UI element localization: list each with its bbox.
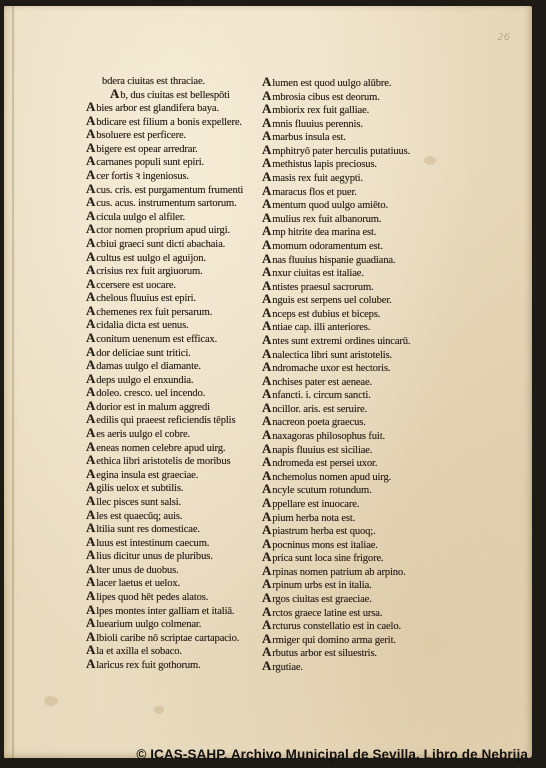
dictionary-entry: Analectica libri sunt aristotelis. [262, 348, 452, 362]
dictionary-entry: Argos ciuitas est graeciae. [262, 592, 452, 606]
initial-letter: A [110, 86, 119, 101]
entry-text: nguis est serpens uel coluber. [272, 295, 391, 306]
initial-letter: A [262, 169, 271, 184]
entry-text: nacreon poeta graecus. [272, 417, 365, 428]
dictionary-entry: Amulius rex fuit albanorum. [262, 212, 452, 226]
dictionary-entry: Adamas uulgo el diamante. [86, 359, 266, 373]
dictionary-entry: Arctos graece latine est ursa. [262, 606, 452, 620]
entry-text: damas uulgo el diamante. [96, 361, 201, 372]
entry-text: egina insula est graeciae. [96, 470, 198, 481]
dictionary-entry: Acidalia dicta est uenus. [86, 318, 266, 332]
dictionary-entry: Appellare est inuocare. [262, 497, 452, 511]
initial-letter: A [86, 615, 95, 630]
dictionary-entry: Ala et axilla el sobaco. [86, 644, 266, 658]
dictionary-entry: Achemenes rex fuit persarum. [86, 305, 266, 319]
entry-text: rctos graece latine est ursa. [272, 608, 382, 619]
entry-text: rmiger qui domino arma gerit. [272, 635, 396, 646]
entry-text: cer fortis ꝛ ingeniosus. [96, 171, 189, 182]
dictionary-entry: Amphitryō pater herculis putatiuus. [262, 144, 452, 158]
dictionary-entry: Amomum odoramentum est. [262, 239, 452, 253]
entry-text: ntistes praesul sacrorum. [272, 282, 373, 293]
entry-text: doleo. cresco. uel incendo. [96, 388, 205, 399]
dictionary-entry: Apiastrum herba est quoq;. [262, 524, 452, 538]
dictionary-entry: Amentum quod uulgo amiēto. [262, 198, 452, 212]
entry-text: luearium uulgo colmenar. [96, 619, 201, 630]
initial-letter: A [86, 235, 95, 250]
entry-text: rbutus arbor est siluestris. [272, 648, 377, 659]
entry-text: momum odoramentum est. [272, 241, 383, 252]
entry-text: mulius rex fuit albanorum. [272, 214, 381, 225]
entry-text: ncyle scutum rotundum. [272, 485, 371, 496]
dictionary-entry: Altilia sunt res domesticae. [86, 522, 266, 536]
entry-text: es aeris uulgo el cobre. [96, 429, 190, 440]
entry-text: pocninus mons est italiae. [272, 540, 378, 551]
entry-text: ntes sunt extremi ordines uincarū. [272, 336, 410, 347]
entry-text: les est quaecūq; auis. [96, 511, 182, 522]
dictionary-entry: Amp hitrite dea marina est. [262, 225, 452, 239]
dictionary-entry: Adorior est in malum aggredi [86, 400, 266, 414]
dictionary-entry: Adoleo. cresco. uel incendo. [86, 386, 266, 400]
entry-text: mp hitrite dea marina est. [272, 227, 376, 238]
dictionary-entry: Acicula uulgo el alfiler. [86, 210, 266, 224]
dictionary-entry: Acus. cris. est purgamentum frumenti [86, 183, 266, 197]
entry-text: nas fluuius hispanie guadiana. [272, 255, 395, 266]
foxing-stain [154, 706, 164, 714]
entry-text: carnanes populi sunt epiri. [96, 157, 204, 168]
entry-text: ndromache uxor est hectoris. [272, 363, 390, 374]
dictionary-entry: Acer fortis ꝛ ingeniosus. [86, 169, 266, 183]
dictionary-entry: Ancyle scutum rotundum. [262, 483, 452, 497]
dictionary-entry: Anfancti. i. circum sancti. [262, 388, 452, 402]
dictionary-entry: Armiger qui domino arma gerit. [262, 633, 452, 647]
dictionary-entry: Anchemolus nomen apud uirg. [262, 470, 452, 484]
dictionary-entry: Aprica sunt loca sine frigore. [262, 551, 452, 565]
entry-text: mnis fluuius perennis. [272, 119, 363, 130]
entry-text: luus est intestinum caecum. [96, 538, 209, 549]
dictionary-entry: Alacer laetus et uelox. [86, 576, 266, 590]
dictionary-entry: Amethistus lapis preciosus. [262, 157, 452, 171]
dictionary-entry: Aconitum uenenum est efficax. [86, 332, 266, 346]
dictionary-entry: Alipes quod hēt pedes alatos. [86, 590, 266, 604]
entry-text: nceps est dubius et biceps. [272, 309, 380, 320]
entry-text: gilis uelox et subtilis. [96, 483, 183, 494]
entry-text: napis fluuius est siciliae. [272, 445, 372, 456]
dictionary-entry: Aes aeris uulgo el cobre. [86, 427, 266, 441]
entry-text: llec pisces sunt salsi. [96, 497, 181, 508]
dictionary-entry: Antes sunt extremi ordines uincarū. [262, 334, 452, 348]
dictionary-entry: Albioli caribe nō scriptae cartapacio. [86, 631, 266, 645]
initial-letter: A [86, 493, 95, 508]
entry-text: ndromeda est persei uxor. [272, 458, 377, 469]
initial-letter: A [86, 289, 95, 304]
dictionary-entry: Amarbus insula est. [262, 130, 452, 144]
initial-letter: A [86, 357, 95, 372]
entry-text: piastrum herba est quoq;. [272, 526, 375, 537]
dictionary-entry: Anguis est serpens uel coluber. [262, 293, 452, 307]
entry-text: marbus insula est. [272, 132, 346, 143]
entry-text: mphitryō pater herculis putatiuus. [272, 146, 410, 157]
dictionary-entry: Anacreon poeta graecus. [262, 415, 452, 429]
dictionary-entry: Andromache uxor est hectoris. [262, 361, 452, 375]
dictionary-entry: Ancillor. aris. est seruire. [262, 402, 452, 416]
dictionary-entry: Aedilis qui praeest reficiendis tēplis [86, 413, 266, 427]
initial-letter: A [262, 237, 271, 252]
dictionary-entry: Anaxagoras philosophus fuit. [262, 429, 452, 443]
manuscript-page: 26 bdera ciuitas est thraciae.Ab, dus ci… [4, 6, 532, 758]
entry-text: nchises pater est aeneae. [272, 377, 372, 388]
dictionary-entry: Andromeda est persei uxor. [262, 456, 452, 470]
initial-letter: A [262, 495, 271, 510]
entry-text: laricus rex fuit gothorum. [96, 660, 200, 671]
entry-text: cus. acus. instrumentum sartorum. [96, 198, 236, 209]
dictionary-entry: Arpinas nomen patrium ab arpino. [262, 565, 452, 579]
dictionary-entry: Anchises pater est aeneae. [262, 375, 452, 389]
entry-text: ctor nomen proprium apud uirgi. [96, 225, 230, 236]
entry-text: masis rex fuit aegypti. [272, 173, 363, 184]
entry-text: lpes montes inter galliam et italiā. [96, 606, 234, 617]
entry-text: naxagoras philosophus fuit. [272, 431, 385, 442]
entry-text: lbioli caribe nō scriptae cartapacio. [96, 633, 239, 644]
folio-number: 26 [497, 32, 510, 43]
dictionary-entry: Acrisius rex fuit argiuorum. [86, 264, 266, 278]
dictionary-entry: Anapis fluuius est siciliae. [262, 443, 452, 457]
initial-letter: A [86, 425, 95, 440]
entry-text: bdicare est filium a bonis expellere. [96, 117, 242, 128]
initial-letter: A [262, 617, 271, 632]
entry-text: methistus lapis preciosus. [272, 159, 377, 170]
initial-letter: A [86, 452, 95, 467]
initial-letter: A [262, 264, 271, 279]
right-column-entries: Alumen est quod uulgo alūbre.Ambrosia ci… [262, 76, 452, 673]
initial-letter: A [262, 332, 271, 347]
dictionary-entry: Aeneas nomen celebre apud uirg. [86, 441, 266, 455]
dictionary-entry: Argutiae. [262, 660, 452, 674]
dictionary-entry: Ales est quaecūq; auis. [86, 509, 266, 523]
initial-letter: A [262, 359, 271, 374]
entry-text: nalectica libri sunt aristotelis. [272, 350, 392, 361]
initial-letter: A [262, 74, 271, 89]
dictionary-entry: Alpes montes inter galliam et italiā. [86, 604, 266, 618]
initial-letter: A [262, 101, 271, 116]
entry-text: eneas nomen celebre apud uirg. [96, 443, 225, 454]
entry-text: rpinum urbs est in italia. [272, 580, 371, 591]
dictionary-entry: Aethica libri aristotelis de moribus [86, 454, 266, 468]
entry-text: conitum uenenum est efficax. [96, 334, 217, 345]
dictionary-entry: Abigere est opear arredrar. [86, 142, 266, 156]
entry-text: mbiorix rex fuit galliae. [272, 105, 369, 116]
dictionary-entry: Allec pisces sunt salsi. [86, 495, 266, 509]
entry-text: ppellare est inuocare. [272, 499, 359, 510]
dictionary-entry: Absoluere est perficere. [86, 128, 266, 142]
entry-text: mbrosia cibus est deorum. [272, 92, 379, 103]
entry-text: chemenes rex fuit persarum. [96, 307, 212, 318]
entry-text: lumen est quod uulgo alūbre. [272, 78, 391, 89]
dictionary-entry: Arpinum urbs est in italia. [262, 578, 452, 592]
dictionary-entry: Ambiorix rex fuit galliae. [262, 103, 452, 117]
entry-text: lius dicitur unus de pluribus. [96, 551, 212, 562]
dictionary-entry: Acbiui graeci sunt dicti abachaia. [86, 237, 266, 251]
entry-text: rcturus constellatio est in caelo. [272, 621, 401, 632]
entry-text: bsoluere est perficere. [96, 130, 186, 141]
dictionary-entry: Anxur ciuitas est italiae. [262, 266, 452, 280]
entry-text: cicula uulgo el alfiler. [96, 212, 185, 223]
dictionary-entry: Abies arbor est glandifera baya. [86, 101, 266, 115]
entry-text: deps uulgo el enxundia. [96, 375, 193, 386]
dictionary-entry: Acarnanes populi sunt epiri. [86, 155, 266, 169]
dictionary-entry: Ador deliciae sunt tritici. [86, 346, 266, 360]
initial-letter: A [262, 590, 271, 605]
entry-text: nchemolus nomen apud uirg. [272, 472, 391, 483]
entry-text: ethica libri aristotelis de moribus [96, 456, 230, 467]
dictionary-entry: Alumen est quod uulgo alūbre. [262, 76, 452, 90]
initial-letter: A [262, 291, 271, 306]
entry-text: crisius rex fuit argiuorum. [96, 266, 202, 277]
left-column-entries: bdera ciuitas est thraciae.Ab, dus ciuit… [86, 76, 266, 671]
dictionary-entry: Aluus est intestinum caecum. [86, 536, 266, 550]
entry-text: lipes quod hēt pedes alatos. [96, 592, 208, 603]
dictionary-entry: Arbutus arbor est siluestris. [262, 646, 452, 660]
initial-letter: A [86, 520, 95, 535]
entry-text: prica sunt loca sine frigore. [272, 553, 383, 564]
entry-text: edilis qui praeest reficiendis tēplis [96, 415, 235, 426]
dictionary-entry: Apium herba nota est. [262, 511, 452, 525]
entry-text: nfancti. i. circum sancti. [272, 390, 370, 401]
entry-text: ltilia sunt res domesticae. [96, 524, 200, 535]
dictionary-entry: Amasis rex fuit aegypti. [262, 171, 452, 185]
initial-letter: A [86, 262, 95, 277]
entry-text: cbiui graeci sunt dicti abachaia. [96, 239, 225, 250]
dictionary-entry: Alius dicitur unus de pluribus. [86, 549, 266, 563]
dictionary-entry: Acultus est uulgo el aguijon. [86, 251, 266, 265]
dictionary-entry: Antiae cap. illi anteriores. [262, 320, 452, 334]
entry-text: dorior est in malum aggredi [96, 402, 210, 413]
dictionary-entry: Alaricus rex fuit gothorum. [86, 658, 266, 672]
dictionary-entry: Actor nomen proprium apud uirgi. [86, 223, 266, 237]
dictionary-entry: Acus. acus. instrumentum sartorum. [86, 196, 266, 210]
copyright-credit: © ICAS-SAHP, Archivo Municipal de Sevill… [136, 747, 528, 762]
dictionary-entry: Anas fluuius hispanie guadiana. [262, 253, 452, 267]
entry-text: bies arbor est glandifera baya. [96, 103, 219, 114]
entry-text: lter unus de duobus. [96, 565, 178, 576]
initial-letter: A [262, 522, 271, 537]
dictionary-entry: Achelous fluuius est epiri. [86, 291, 266, 305]
dictionary-entry: Aluearium uulgo colmenar. [86, 617, 266, 631]
dictionary-entry: Anceps est dubius et biceps. [262, 307, 452, 321]
entry-text: b, dus ciuitas est bellespōti [120, 90, 230, 101]
initial-letter: A [86, 547, 95, 562]
initial-letter: A [86, 99, 95, 114]
entry-text: ncillor. aris. est seruire. [272, 404, 367, 415]
dictionary-entry: Ambrosia cibus est deorum. [262, 90, 452, 104]
dictionary-entry: Adeps uulgo el enxundia. [86, 373, 266, 387]
entry-text: la et axilla el sobaco. [96, 646, 182, 657]
entry-text: nxur ciuitas est italiae. [272, 268, 364, 279]
entry-text: rgos ciuitas est graeciae. [272, 594, 371, 605]
dictionary-entry: Arcturus constellatio est in caelo. [262, 619, 452, 633]
initial-letter: A [262, 658, 271, 673]
entry-text: maracus flos et puer. [272, 187, 357, 198]
entry-text: ccersere est uocare. [96, 280, 176, 291]
entry-text: rgutiae. [272, 662, 303, 673]
entry-text: chelous fluuius est epiri. [96, 293, 196, 304]
initial-letter: A [86, 194, 95, 209]
entry-text: rpinas nomen patrium ab arpino. [272, 567, 405, 578]
initial-letter: A [86, 656, 95, 671]
dictionary-entry: Antistes praesul sacrorum. [262, 280, 452, 294]
entry-text: dor deliciae sunt tritici. [96, 348, 190, 359]
dictionary-entry: Ab, dus ciuitas est bellespōti [86, 88, 266, 102]
entry-text: ntiae cap. illi anteriores. [272, 322, 370, 333]
dictionary-entry: Amaracus flos et puer. [262, 185, 452, 199]
entry-text: lacer laetus et uelox. [96, 578, 180, 589]
foxing-stain [44, 696, 58, 706]
initial-letter: A [86, 167, 95, 182]
dictionary-entry: Accersere est uocare. [86, 278, 266, 292]
initial-letter: A [86, 588, 95, 603]
entry-text: pium herba nota est. [272, 513, 355, 524]
entry-text: cus. cris. est purgamentum frumenti [96, 185, 243, 196]
dictionary-entry: Amnis fluuius perennis. [262, 117, 452, 131]
dictionary-entry: Agilis uelox et subtilis. [86, 481, 266, 495]
initial-letter: A [262, 196, 271, 211]
initial-letter: A [262, 549, 271, 564]
entry-text: cidalia dicta est uenus. [96, 320, 188, 331]
dictionary-entry: Apocninus mons est italiae. [262, 538, 452, 552]
entry-text: mentum quod uulgo amiēto. [272, 200, 388, 211]
dictionary-entry: Alter unus de duobus. [86, 563, 266, 577]
initial-letter: A [262, 454, 271, 469]
page-gutter [12, 6, 14, 758]
dictionary-entry: Abdicare est filium a bonis expellere. [86, 115, 266, 129]
entry-text: bigere est opear arredrar. [96, 144, 197, 155]
initial-letter: A [262, 427, 271, 442]
dictionary-entry: Aegina insula est graeciae. [86, 468, 266, 482]
initial-letter: A [86, 330, 95, 345]
entry-text: cultus est uulgo el aguijon. [96, 253, 206, 264]
